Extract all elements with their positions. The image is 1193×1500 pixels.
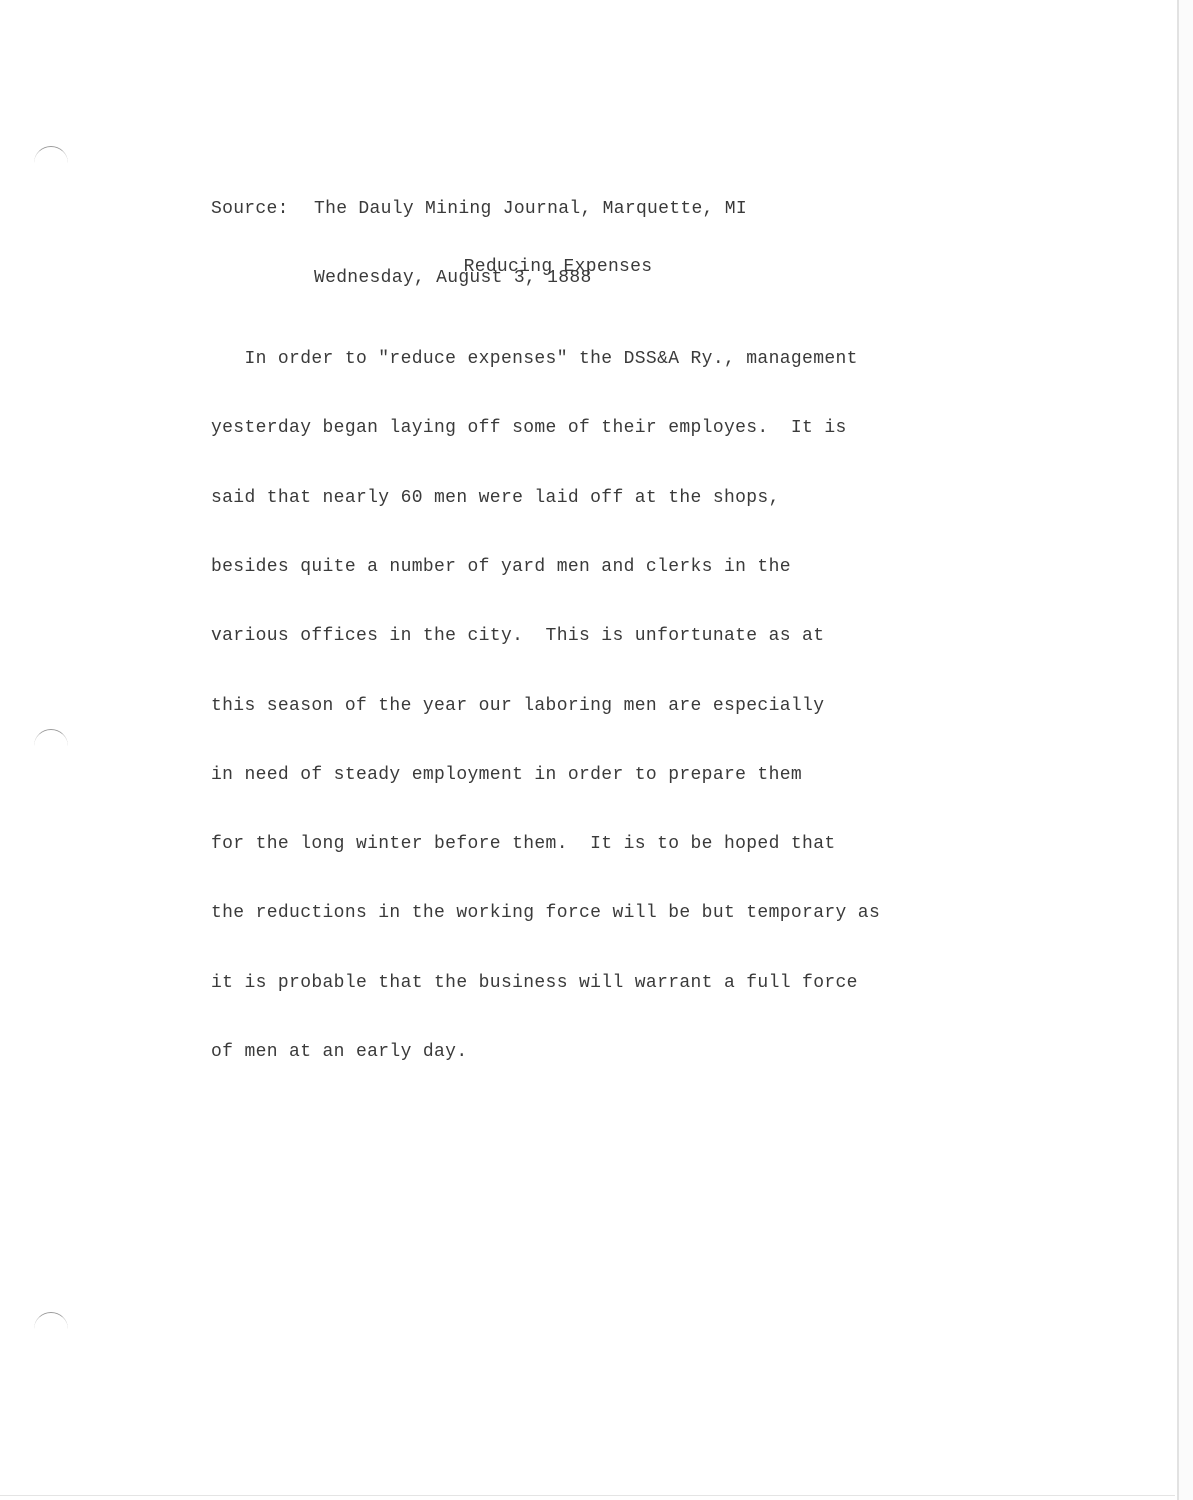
article-title: Reducing Expenses — [0, 257, 1116, 277]
body-line: said that nearly 60 men were laid off at… — [211, 487, 880, 510]
page-bottom-edge — [0, 1495, 1175, 1496]
body-line: for the long winter before them. It is t… — [211, 833, 880, 856]
article-body: In order to "reduce expenses" the DSS&A … — [211, 302, 880, 1110]
body-line: it is probable that the business will wa… — [211, 972, 880, 995]
body-line: besides quite a number of yard men and c… — [211, 556, 880, 579]
body-line: in need of steady employment in order to… — [211, 764, 880, 787]
binder-hole-mark-bottom — [34, 1312, 68, 1329]
scanned-page: Source: The Dauly Mining Journal, Marque… — [0, 0, 1193, 1500]
binder-hole-mark-middle — [34, 729, 68, 746]
source-label: Source: — [211, 198, 314, 221]
body-line: yesterday began laying off some of their… — [211, 417, 880, 440]
page-edge-shadow — [1179, 0, 1193, 1500]
page-edge-line — [1177, 0, 1179, 1500]
body-line: the reductions in the working force will… — [211, 902, 880, 925]
body-line: this season of the year our laboring men… — [211, 695, 880, 718]
binder-hole-mark-top — [34, 146, 68, 163]
body-line: of men at an early day. — [211, 1041, 880, 1064]
source-row-1: Source: The Dauly Mining Journal, Marque… — [211, 198, 747, 221]
body-line: In order to "reduce expenses" the DSS&A … — [211, 348, 880, 371]
source-publication: The Dauly Mining Journal, Marquette, MI — [314, 198, 747, 221]
body-line: various offices in the city. This is unf… — [211, 625, 880, 648]
